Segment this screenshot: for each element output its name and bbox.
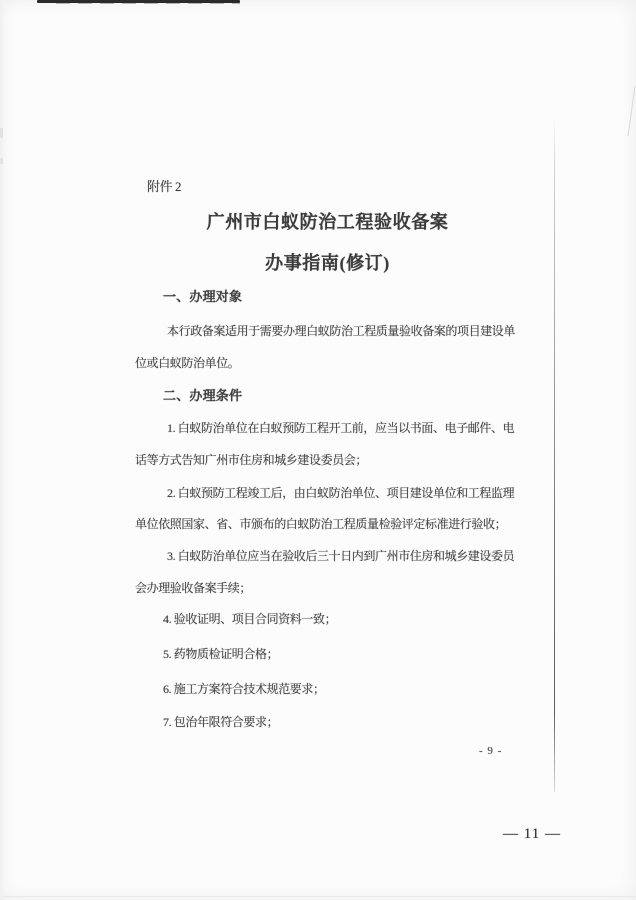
condition-item-3-line-1: 3. 白蚁防治单位应当在验收后三十日内到广州市住房和城乡建设委员	[167, 547, 514, 564]
condition-item-4: 4. 验收证明、项目合同资料一致；	[163, 610, 336, 627]
condition-item-1-line-2: 话等方式告知广州市住房和城乡建设委员会；	[135, 451, 367, 468]
section-1-paragraph-line-1: 本行政备案适用于需要办理白蚁防治工程质量验收备案的项目建设单	[167, 322, 515, 339]
condition-item-7: 7. 包治年限符合要求；	[163, 713, 278, 730]
condition-item-6: 6. 施工方案符合技术规范要求；	[163, 680, 325, 697]
document-title-line-2: 办事指南(修订)	[135, 249, 520, 275]
condition-item-3-line-2: 会办理验收备案手续；	[135, 579, 251, 596]
section-1-paragraph-line-2: 位或白蚁防治单位。	[135, 354, 239, 371]
condition-item-2-line-1: 2. 白蚁预防工程竣工后，由白蚁防治单位、项目建设单位和工程监理	[167, 484, 514, 501]
scan-artifact-top-bar-echo	[56, 3, 240, 4]
condition-item-5: 5. 药物质检证明合格；	[163, 645, 278, 662]
section-1-heading: 一、办理对象	[163, 286, 242, 305]
scan-artifact-speck	[0, 158, 3, 164]
scan-artifact-speck	[0, 128, 3, 138]
scan-artifact-page-edge-line	[554, 116, 555, 792]
condition-item-1-line-1: 1. 白蚁防治单位在白蚁预防工程开工前，应当以书面、电子邮件、电	[167, 419, 514, 436]
scan-artifact-bottom-line	[0, 896, 636, 897]
section-2-heading: 二、办理条件	[163, 385, 242, 404]
page-number-inner: - 9 -	[479, 745, 502, 757]
scan-artifact-corner-line	[628, 86, 636, 136]
scanned-document-page: 附件 2 广州市白蚁防治工程验收备案 办事指南(修订) 一、办理对象 本行政备案…	[0, 0, 636, 900]
page-number-outer: — 11 —	[503, 826, 561, 843]
condition-item-2-line-2: 单位依照国家、省、市颁布的白蚁防治工程质量检验评定标准进行验收；	[135, 515, 506, 532]
attachment-label: 附件 2	[147, 176, 181, 195]
document-title-line-1: 广州市白蚁防治工程验收备案	[135, 208, 520, 234]
